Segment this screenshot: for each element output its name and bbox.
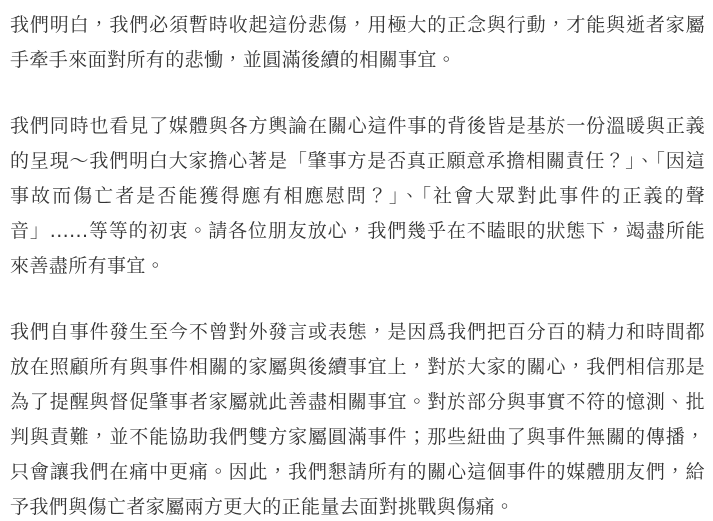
statement-document: 我們明白，我們必須暫時收起這份悲傷，用極大的正念與行動，才能與逝者家屬手牽手來面… [0,0,713,521]
statement-paragraph-2: 我們同時也看見了媒體與各方輿論在關心這件事的背後皆是基於一份溫暖與正義的呈現～我… [10,109,705,284]
statement-paragraph-3: 我們自事件發生至今不曾對外發言或表態，是因爲我們把百分百的精力和時間都放在照顧所… [10,315,705,521]
statement-paragraph-1: 我們明白，我們必須暫時收起這份悲傷，用極大的正念與行動，才能與逝者家屬手牽手來面… [10,8,705,78]
